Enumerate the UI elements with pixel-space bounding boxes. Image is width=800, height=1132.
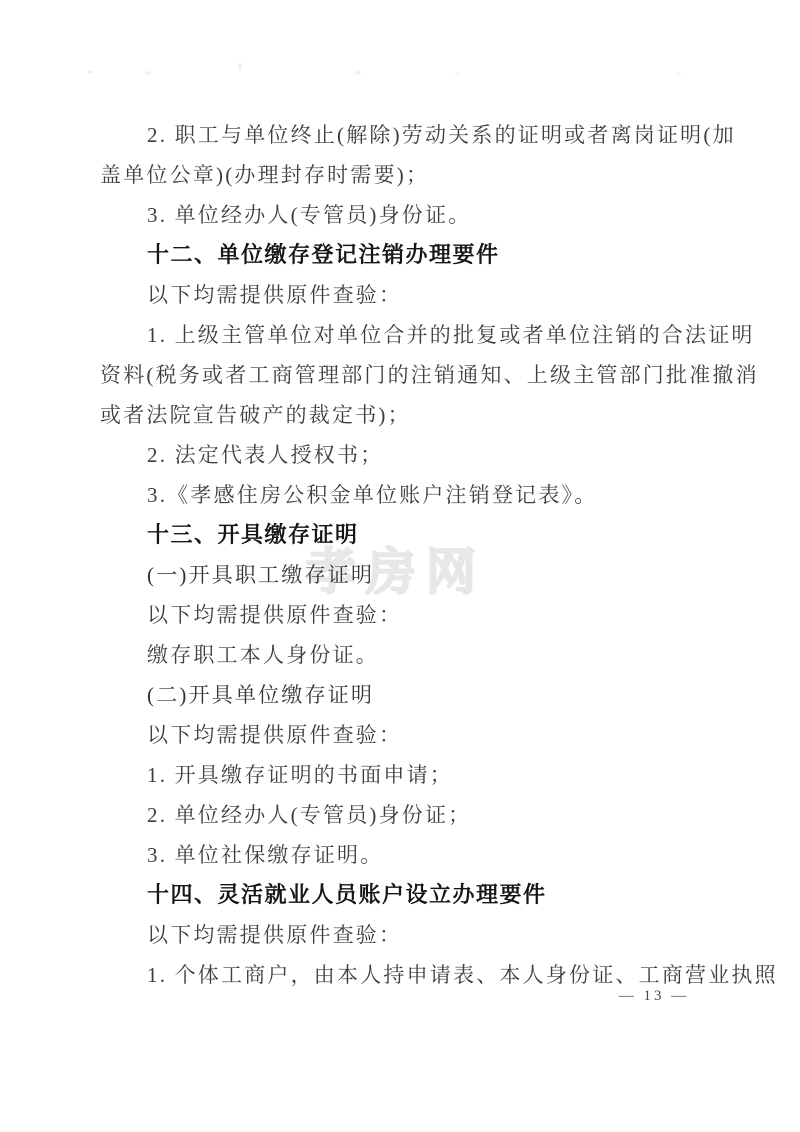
- text-line: 2. 职工与单位终止(解除)劳动关系的证明或者离岗证明(加: [100, 115, 702, 155]
- text-line: 3. 单位经办人(专管员)身份证。: [100, 195, 702, 235]
- page-number: — 13 —: [612, 988, 696, 1005]
- scan-speck: [355, 71, 361, 75]
- section-heading-14: 十四、灵活就业人员账户设立办理要件: [100, 875, 702, 915]
- text-line: 1. 上级主管单位对单位合并的批复或者单位注销的合法证明: [100, 315, 702, 355]
- text-line: 盖单位公章)(办理封存时需要)；: [100, 155, 702, 195]
- scan-speck: [455, 72, 460, 75]
- text-line: 或者法院宣告破产的裁定书)；: [100, 395, 702, 435]
- text-line: 3. 单位社保缴存证明。: [100, 835, 702, 875]
- text-line: 以下均需提供原件查验：: [100, 275, 702, 315]
- text-line: 以下均需提供原件查验：: [100, 915, 702, 955]
- scan-speck: [238, 62, 242, 71]
- text-line: 缴存职工本人身份证。: [100, 635, 702, 675]
- document-body: 2. 职工与单位终止(解除)劳动关系的证明或者离岗证明(加 盖单位公章)(办理封…: [100, 115, 702, 995]
- section-heading-13: 十三、开具缴存证明: [100, 515, 702, 555]
- document-page: 孝房网 2. 职工与单位终止(解除)劳动关系的证明或者离岗证明(加 盖单位公章)…: [0, 0, 800, 1132]
- text-line: 以下均需提供原件查验：: [100, 595, 702, 635]
- scan-speck: [146, 71, 151, 75]
- text-line: 以下均需提供原件查验：: [100, 715, 702, 755]
- section-heading-12: 十二、单位缴存登记注销办理要件: [100, 235, 702, 275]
- scan-speck: [88, 70, 93, 74]
- text-line: 2. 法定代表人授权书；: [100, 435, 702, 475]
- subsection-heading-2: (二)开具单位缴存证明: [100, 675, 702, 715]
- text-line: 资料(税务或者工商管理部门的注销通知、上级主管部门批准撤消: [100, 355, 702, 395]
- text-line: 1. 开具缴存证明的书面申请；: [100, 755, 702, 795]
- text-line: 3.《孝感住房公积金单位账户注销登记表》。: [100, 475, 702, 515]
- subsection-heading-1: (一)开具职工缴存证明: [100, 555, 702, 595]
- text-line: 2. 单位经办人(专管员)身份证；: [100, 795, 702, 835]
- scan-speck: [676, 72, 681, 75]
